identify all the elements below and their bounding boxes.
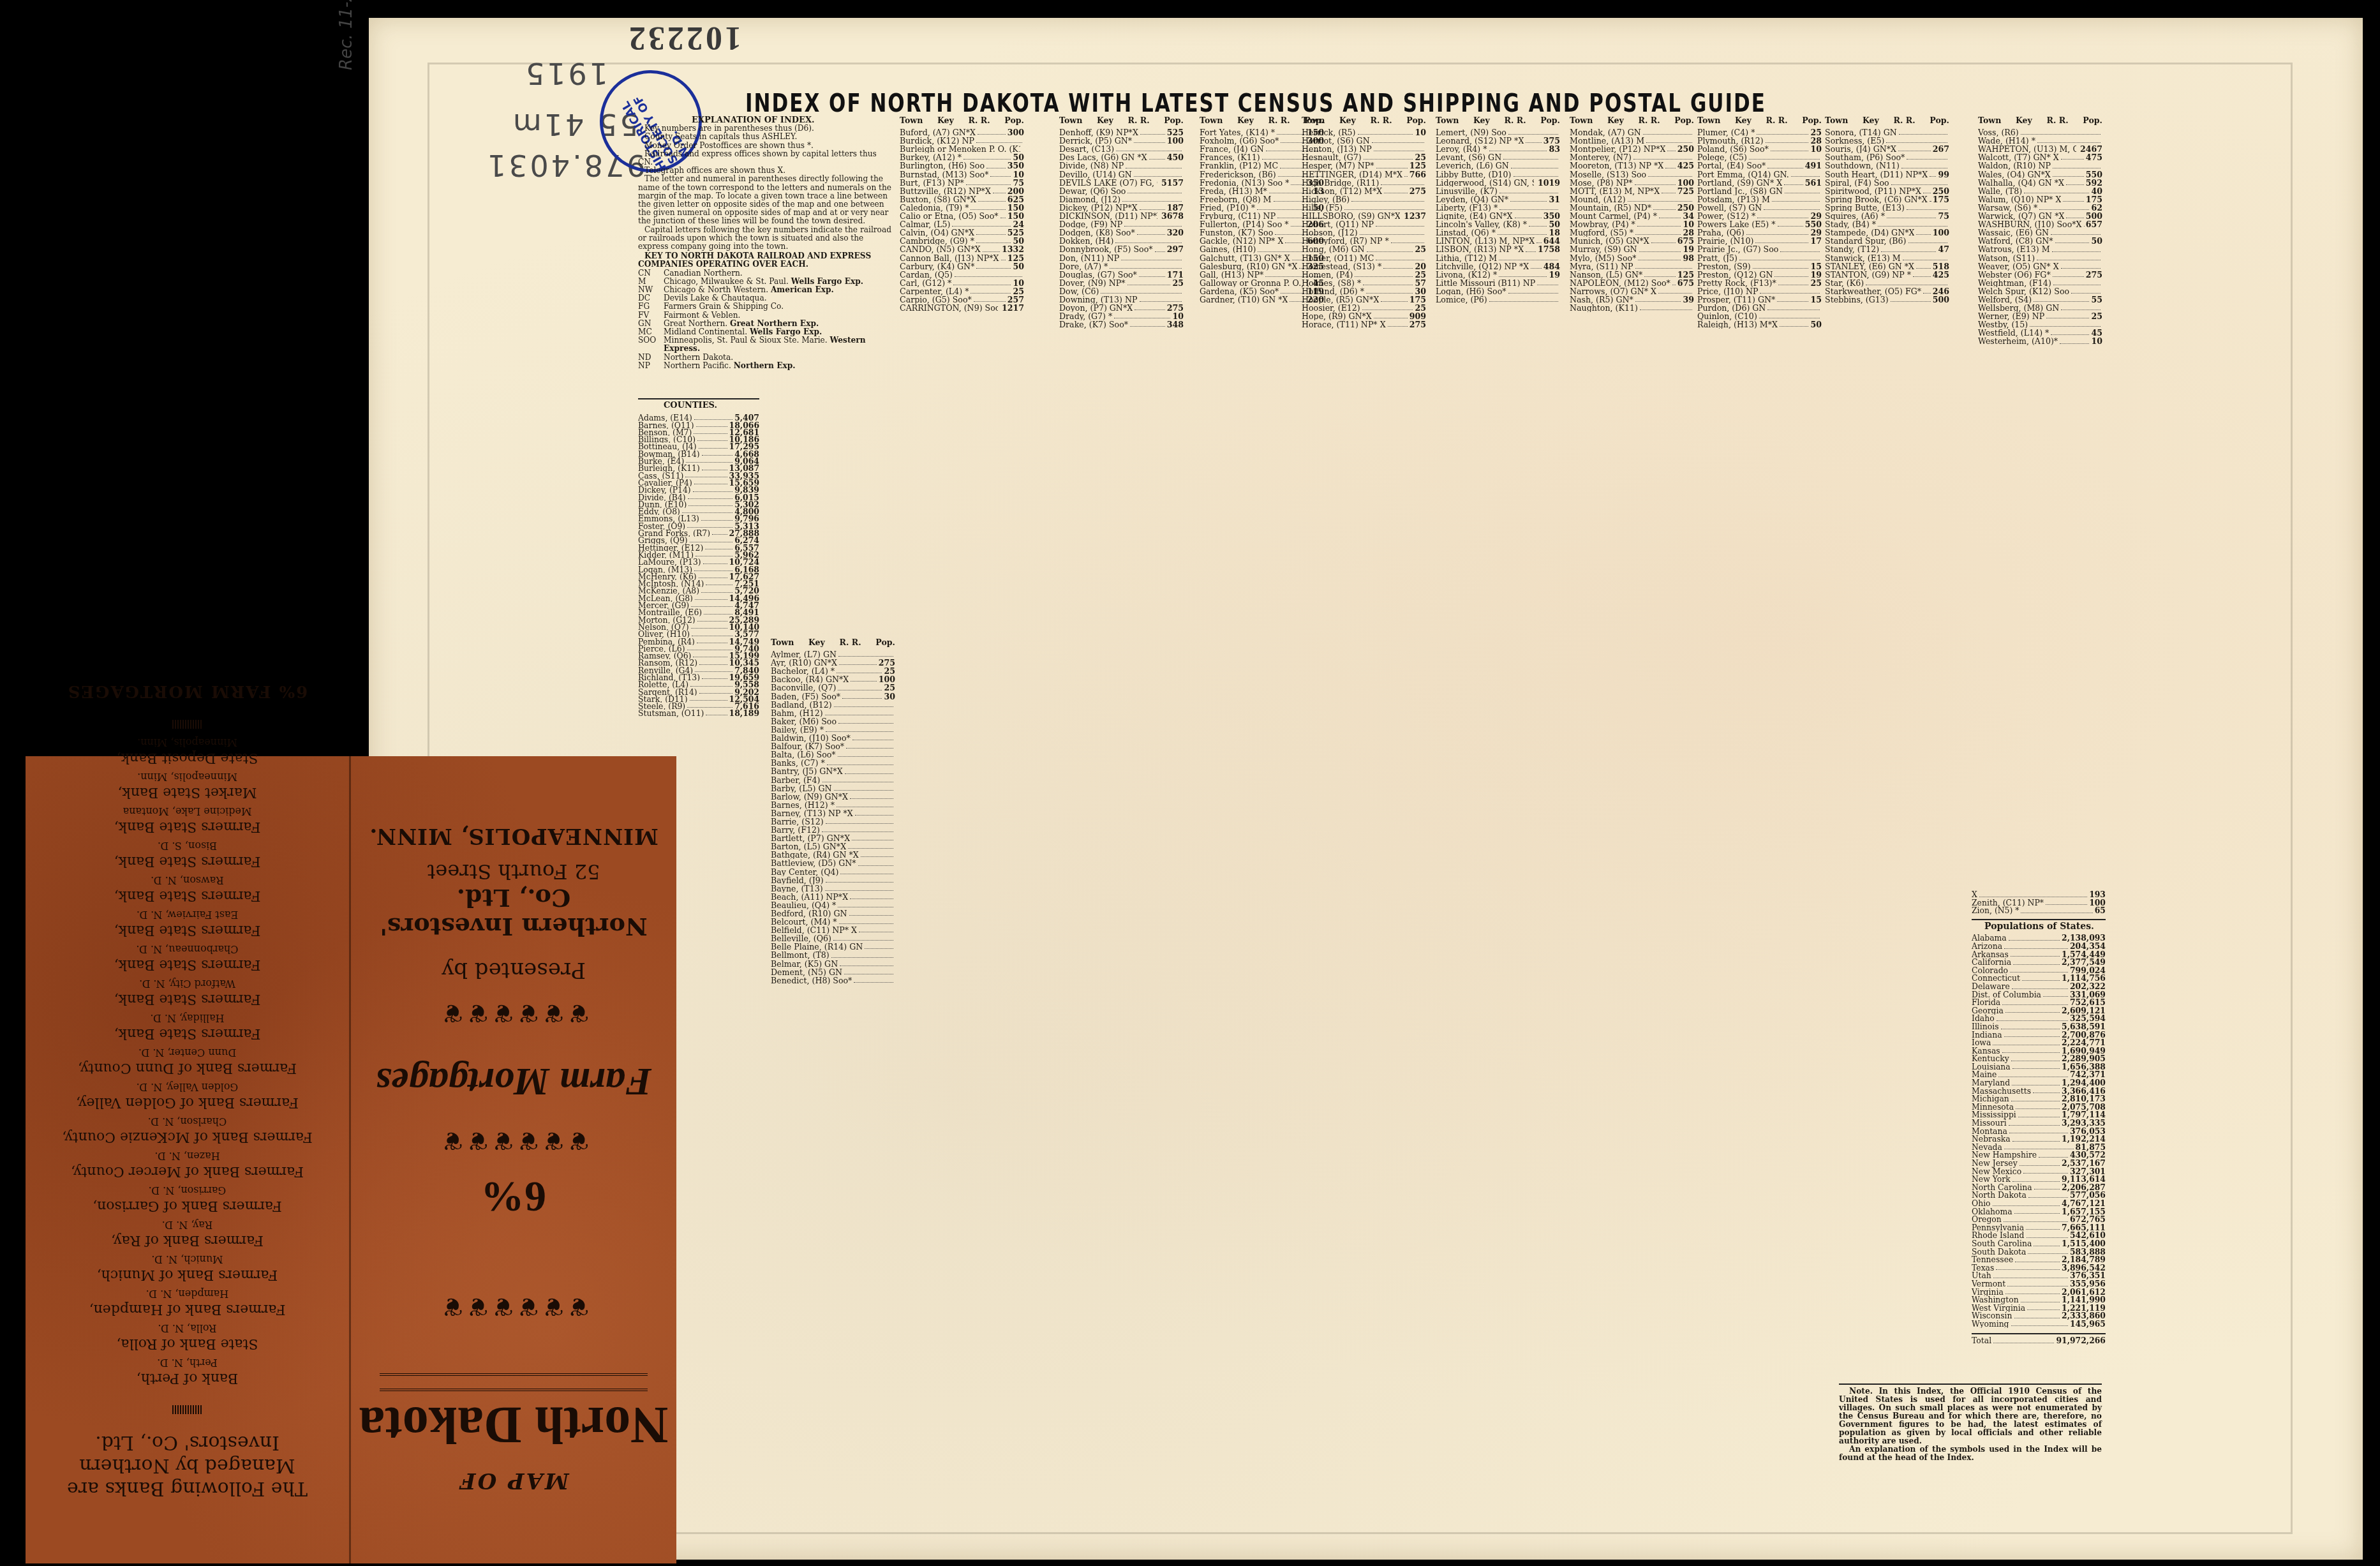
entry-name: Iowa — [1972, 1039, 1991, 1047]
entry-name: Baden, (F5) Soo* — [771, 692, 840, 701]
index-column-header: TownKeyR. R.Pop. — [1302, 116, 1426, 124]
leader-dots — [2009, 934, 2060, 941]
bank-name: Farmers State Bank, — [51, 1025, 324, 1041]
bank-location: Hazen, N. D. — [51, 1149, 324, 1163]
handwritten-year: 1915 — [523, 56, 608, 91]
entry-name: Myra, (S11) NP — [1570, 262, 1633, 271]
entry-name: WAHPETON, (U13) M, GN, NP*X — [1978, 145, 2076, 153]
leader-dots — [2009, 1128, 2068, 1134]
entry-population: 725 — [1677, 187, 1694, 195]
town-row: Belleville, (Q6) — [771, 934, 895, 943]
town-row: Carl, (G12) *10 — [900, 279, 1024, 287]
leader-dots — [1140, 295, 1182, 302]
entry-name: Henton, (J13) NP — [1302, 145, 1372, 153]
entry-name: Squires, (A6) * — [1825, 212, 1885, 220]
leader-dots — [2026, 1224, 2060, 1230]
bank-name: Farmers Bank of Dunn County, — [51, 1059, 324, 1076]
entry-name: Zion, (N5) * — [1972, 907, 2019, 915]
leader-dots — [1930, 170, 1936, 177]
banks-footer: 6% FARM MORTGAGES — [51, 682, 324, 701]
leader-dots — [1499, 254, 1558, 260]
leader-dots — [1376, 220, 1424, 227]
town-row: Welford, (S4)55 — [1978, 295, 2102, 304]
entry-population: 297 — [1167, 245, 1184, 253]
town-row: DICKINSON, (D11) NP*X3678 — [1059, 212, 1184, 220]
leader-dots — [2034, 1184, 2060, 1190]
leader-dots — [1149, 153, 1165, 160]
entry-name: McHenry, (K6) — [638, 573, 697, 580]
town-row: Lomice, (P6) — [1436, 295, 1560, 304]
entry-name: Power, (S12) * — [1697, 212, 1755, 220]
town-row: Munich, (O5) GN*X675 — [1570, 237, 1694, 245]
entry-population: 25 — [2091, 312, 2102, 320]
booklet-farm-mortgages: Farm Mortgages — [351, 1059, 676, 1104]
entry-name: Sonora, (T14) GN — [1825, 128, 1897, 137]
leader-dots — [2004, 1216, 2068, 1222]
entry-name: Diamond, (J12) — [1059, 195, 1120, 204]
header-pop: Pop. — [1164, 116, 1184, 124]
railroad-name: Minneapolis, St. Paul & Sioux Ste. Marie… — [664, 336, 893, 353]
leader-dots — [993, 187, 1006, 193]
entry-population: 50 — [1013, 262, 1024, 271]
entry-name: Carpenter, (L4) * — [900, 287, 969, 295]
town-row: Baker, (M6) Soo — [771, 717, 895, 726]
leader-dots — [1126, 161, 1182, 168]
entry-name: Burke, (E4) — [638, 458, 684, 465]
leader-dots — [1358, 128, 1413, 135]
bank-location: Watford City, N. D. — [51, 976, 324, 990]
entry-population: 40 — [2091, 187, 2102, 195]
entry-name: Spiral, (F4) Soo — [1825, 179, 1889, 187]
entry-name: Spring Butte, (E13) — [1825, 204, 1905, 212]
leader-dots — [1998, 1071, 2068, 1077]
leader-dots — [1116, 145, 1182, 151]
town-row: Watford, (C8) GN*50 — [1978, 237, 2102, 245]
leader-dots — [851, 675, 876, 682]
entry-name: Illinois — [1972, 1023, 1999, 1031]
leader-dots — [1508, 287, 1558, 294]
bank-location: Rawson, N. D. — [51, 873, 324, 887]
town-row: Plymouth, (R12)28 — [1697, 137, 1822, 145]
leader-dots — [695, 595, 727, 600]
entry-name: Hills, (F5) — [1302, 204, 1342, 212]
entry-name: Herriot, (S6) GN — [1302, 137, 1370, 145]
leader-dots — [1993, 1337, 2054, 1343]
leader-dots — [1899, 128, 1947, 135]
town-row: Murray, (S9) GN19 — [1570, 245, 1694, 253]
index-column: TownKeyR. R.Pop.Herrick, (R5)10Herriot, … — [1302, 116, 1426, 329]
leader-dots — [699, 573, 727, 578]
entry-population: 39 — [1683, 295, 1694, 304]
leader-dots — [2066, 179, 2084, 185]
entry-name: Wyoming — [1972, 1320, 2009, 1329]
entry-name: Frederickson, (B6) — [1200, 170, 1276, 179]
leader-dots — [976, 237, 1011, 243]
railroad-name-text: Northern Pacific. — [664, 361, 731, 370]
leader-dots — [837, 667, 882, 673]
town-row: Hesper, (M7) NP*125 — [1302, 161, 1426, 170]
entry-name: Powers Lake (E5) * — [1697, 220, 1776, 228]
leader-dots — [1404, 170, 1408, 177]
leader-dots — [2071, 287, 2101, 294]
town-row: Beach, (A11) NP*X — [771, 893, 895, 901]
town-row: Spiritwood, (P11) NP*X250 — [1825, 187, 1949, 195]
entry-name: Logan, (M13) — [638, 566, 692, 573]
leader-dots — [2051, 329, 2089, 335]
entry-name: Divide, (N8) NP — [1059, 161, 1124, 170]
leader-dots — [704, 609, 733, 614]
entry-name: Stampede, (D4) GN*X — [1825, 228, 1914, 237]
leader-dots — [702, 465, 727, 470]
town-row: Standard Spur, (B6) — [1825, 237, 1949, 245]
bank-name: Farmers Bank of Munich, — [51, 1266, 324, 1283]
leader-dots — [1866, 279, 1947, 285]
entry-name: South Heart, (D11) NP*X — [1825, 170, 1928, 179]
entry-name: Barry, (F12) — [771, 826, 820, 834]
entry-name: Devillo, (U14) GN — [1059, 170, 1132, 179]
entry-name: Oklahoma — [1972, 1208, 2012, 1216]
town-row: Mountain, (R5) ND*250 — [1570, 204, 1694, 212]
entry-name: McLean, (G8) — [638, 595, 693, 602]
entry-name: Bailey, (E9) * — [771, 726, 824, 734]
town-row: Calmar, (L5)24 — [900, 220, 1024, 228]
leader-dots — [1923, 287, 1931, 294]
leader-dots — [986, 161, 1006, 168]
leader-dots — [2012, 1135, 2060, 1142]
leader-dots — [703, 558, 727, 563]
town-row: Doyon, (P7) GN*X275 — [1059, 304, 1184, 312]
entry-name: Bayne, (T13) — [771, 884, 823, 893]
leader-dots — [1510, 195, 1547, 202]
town-row: Battleview, (D5) GN* — [771, 859, 895, 867]
leader-dots — [2012, 1175, 2060, 1182]
town-row: CANDO, (N5) GN*X1332 — [900, 245, 1024, 253]
entry-population: 30 — [1415, 287, 1426, 295]
town-row: Bathgate, (R4) GN *X — [771, 851, 895, 859]
explanation-line: County Seats in capitals thus ASHLEY. — [638, 133, 893, 141]
leader-dots — [2012, 1079, 2060, 1085]
town-row: Mowbray, (P4) *10 — [1570, 220, 1694, 228]
populations-of-states: X193Zenith, (C11) NP*100Zion, (N5) *65 P… — [1972, 891, 2106, 1345]
town-row: Bachelor, (L4) *25 — [771, 667, 895, 675]
entry-population: 267 — [1933, 145, 1949, 153]
leader-dots — [1993, 1272, 2068, 1278]
town-row: Walum, (Q10) NP* X175 — [1978, 195, 2102, 204]
bank-name: Farmers Bank of Hampden, — [51, 1301, 324, 1317]
entry-name: Walhalla, (Q4) GN *X — [1978, 179, 2064, 187]
entry-name: Divide, (B4) — [638, 494, 686, 501]
leader-dots — [1898, 145, 1931, 151]
entry-name: Benedict, (H8) Soo* — [771, 976, 852, 985]
entry-name: Grand Forks, (R7) — [638, 530, 710, 537]
town-row: Quinlon, (C10) — [1697, 312, 1822, 320]
entry-population: 275 — [2086, 271, 2102, 279]
entry-name: Dewar, (Q6) Soo — [1059, 187, 1126, 195]
leader-dots — [1759, 312, 1820, 318]
entry-name: Plumer, (C4) * — [1697, 128, 1755, 137]
header-rr: R. R. — [1505, 116, 1526, 124]
town-row: Denhoff, (K9) NP*X525 — [1059, 128, 1184, 137]
entry-name: Michigan — [1972, 1095, 2009, 1103]
town-row: Zenith, (C11) NP*100 — [1972, 899, 2106, 907]
entry-name: Beaulieu, (Q4) * — [771, 901, 836, 909]
town-row: Narrows, (O7) GN* X — [1570, 287, 1694, 295]
town-row: Herriot, (S6) GN — [1302, 137, 1426, 145]
town-row: Liberty, (F13) * — [1436, 204, 1560, 212]
entry-population: 98 — [1683, 254, 1694, 262]
entry-name: Rolette, (L4) — [638, 681, 688, 688]
town-row: Carpenter, (L4) *25 — [900, 287, 1024, 295]
header-key: Key — [1237, 116, 1254, 124]
header-key: Key — [1339, 116, 1356, 124]
leader-dots — [693, 652, 727, 657]
town-row: Welch Spur, (K12) Soo — [1978, 287, 2102, 295]
leader-dots — [2005, 1288, 2060, 1295]
leader-dots — [1526, 137, 1541, 143]
leader-dots — [2012, 1063, 2060, 1070]
entry-name: Alabama — [1972, 934, 2007, 943]
entry-name: Hoffund, (D6) * — [1302, 287, 1364, 295]
town-row: Don, (N11) NP — [1059, 254, 1184, 262]
booklet-cover: MAP OF North Dakota ❦❦❦❦❦❦ 6% ❦❦❦❦❦❦ Far… — [26, 756, 676, 1563]
leader-dots — [1993, 1039, 2060, 1045]
bank-entry: Farmers State Bank,Medicine Lake, Montan… — [51, 804, 324, 835]
town-row: Wassaic, (E6) GN — [1978, 228, 2102, 237]
header-pop: Pop. — [2083, 116, 2102, 124]
town-row: Hesnault, (G7)25 — [1302, 153, 1426, 161]
town-row: Divide, (N8) NP — [1059, 161, 1184, 170]
town-row: Homer, (O11) MC — [1302, 254, 1426, 262]
entry-name: Billings, (C10) — [638, 436, 695, 443]
entry-name: Poland, (S6) Soo* — [1697, 145, 1769, 153]
town-row: Leroy, (R4) *83 — [1436, 145, 1560, 153]
leader-dots — [963, 153, 1011, 160]
bank-name: Farmers State Bank, — [51, 887, 324, 904]
counties-list: COUNTIES. Adams, (E14)5,407Barnes, (Q11)… — [638, 394, 759, 717]
railroad-code: FG — [638, 302, 664, 311]
entry-name: Dickey, (P14) — [638, 486, 691, 493]
entry-name: Prosper, (T11) GN* — [1697, 295, 1775, 304]
railroad-key-row: NPNorthern Pacific. Northern Exp. — [638, 362, 893, 370]
entry-name: Purdon, (D6) GN — [1697, 304, 1766, 312]
entry-population: 100 — [1167, 137, 1184, 145]
entry-name: Burleigh or Menoken P. O. (K11) NP* X — [900, 145, 1020, 153]
bank-entry: Farmers Bank of Munich,Munich, N. D. — [51, 1252, 324, 1283]
entry-name: Welch Spur, (K12) Soo — [1978, 287, 2069, 295]
entry-name: Herrick, (R5) — [1302, 128, 1356, 137]
entry-name: Louisiana — [1972, 1063, 2011, 1071]
town-row: Walle, (T8)40 — [1978, 187, 2102, 195]
town-row: Mount Carmel, (P4) *34 — [1570, 212, 1694, 220]
entry-name: Wassaic, (E6) GN — [1978, 228, 2049, 237]
entry-name: Hesnault, (G7) — [1302, 153, 1362, 161]
town-row: Burdick, (K12) NP — [900, 137, 1024, 145]
leader-dots — [2011, 1095, 2060, 1101]
entry-name: Fullerton, (P14) Soo * — [1200, 220, 1289, 228]
town-row: Barney, (T13) NP *X — [771, 809, 895, 817]
entry-name: Doyon, (P7) GN*X — [1059, 304, 1133, 312]
town-row: Spring Brook, (C6) GN*X175 — [1825, 195, 1949, 204]
leader-dots — [2039, 204, 2089, 210]
entry-population: 125 — [1008, 254, 1024, 262]
leader-dots — [699, 659, 727, 664]
town-row: Myra, (S11) NP — [1570, 262, 1694, 271]
railroad-name-text: Great Northern. — [664, 319, 727, 328]
entry-name: Hesper, (M7) NP* — [1302, 161, 1374, 170]
leader-dots — [2030, 320, 2101, 327]
leader-dots — [1648, 170, 1692, 177]
town-row: Star, (K6) — [1825, 279, 1949, 287]
entry-name: Sargent, (R14) — [638, 689, 697, 696]
bank-entry: Bank of Perth,Perth, N. D. — [51, 1355, 324, 1386]
railroad-name: Northern Pacific. Northern Exp. — [664, 362, 893, 370]
town-row: Caledonia, (T9) *150 — [900, 204, 1024, 212]
entry-name: Maryland — [1972, 1079, 2010, 1087]
bank-entry: Farmers State Bank,East Fairview, N. D. — [51, 907, 324, 938]
entry-name: LaMoure, (P13) — [638, 558, 701, 565]
entry-name: Holmes, (S8) * — [1302, 279, 1361, 287]
town-row: Belle Plaine, (R14) GN — [771, 943, 895, 951]
entry-name: Calio or Etna, (O5) Soo* — [900, 212, 999, 220]
town-row: Dement, (N5) GN — [771, 968, 895, 976]
town-row: Buford, (A7) GN*X300 — [900, 128, 1024, 137]
town-row: Mose, (P8) NP*100 — [1570, 179, 1694, 187]
town-row: Burkey, (A12) *50 — [900, 153, 1024, 161]
index-column-header: TownKeyR. R.Pop. — [1059, 116, 1184, 124]
entry-name: Ayr, (R10) GN*X — [771, 659, 837, 667]
entry-population: 1019 — [1538, 179, 1560, 187]
index-column: TownKeyR. R.Pop.Lemert, (N9) SooLeonard,… — [1436, 116, 1560, 304]
entry-population: 10 — [2091, 337, 2102, 345]
leader-dots — [2011, 951, 2060, 957]
entry-name: Carbury, (K4) GN* — [900, 262, 974, 271]
entry-population: 25 — [1810, 279, 1822, 287]
entry-name: Bayfield, (J9) — [771, 876, 824, 884]
entry-name: Missouri — [1972, 1119, 2007, 1128]
town-row: Polege, (C5) — [1697, 153, 1822, 161]
town-row: Wellsberg, (M8) GN — [1978, 304, 2102, 312]
leader-dots — [1891, 295, 1931, 302]
entry-name: Liberty, (F13) * — [1436, 204, 1498, 212]
leader-dots — [1774, 271, 1808, 277]
entry-population: 19 — [1549, 271, 1560, 279]
entry-name: New Mexico — [1972, 1168, 2021, 1176]
entry-name: Beach, (A11) NP*X — [771, 893, 848, 901]
railroad-name-text: Northern Dakota. — [664, 353, 733, 362]
leader-dots — [1121, 254, 1182, 260]
town-row: Balta, (L6) Soo* — [771, 750, 895, 759]
leader-dots — [952, 220, 1011, 227]
town-row: Donnybrook, (F5) Soo*297 — [1059, 245, 1184, 253]
entry-name: Mose, (P8) NP* — [1570, 179, 1633, 187]
entry-population: 75 — [1938, 212, 1949, 220]
town-row: Preston, (S9)15 — [1697, 262, 1822, 271]
divider — [1839, 1383, 2102, 1385]
entry-name: Dore, (A7) * — [1059, 262, 1108, 271]
bank-name: Farmers State Bank, — [51, 956, 324, 973]
entry-name: Mugford, (S5) * — [1570, 228, 1633, 237]
leader-dots — [1381, 295, 1407, 302]
leader-dots — [1672, 279, 1676, 285]
header-rr: R. R. — [1268, 116, 1290, 124]
entry-name: Backoo, (R4) GN*X — [771, 675, 849, 683]
booklet-city: MINNEAPOLIS, MINN. — [351, 823, 676, 849]
town-row: Desart, (C13) — [1059, 145, 1184, 153]
leader-dots — [854, 976, 893, 983]
entry-name: Horace, (T11) NP* X — [1302, 320, 1386, 329]
entry-name: Barnes, (Q11) — [638, 422, 694, 429]
entry-population: 19 — [1810, 271, 1822, 279]
bank-entry: Farmers State Bank,Rawson, N. D. — [51, 873, 324, 904]
leader-dots — [838, 683, 882, 690]
entry-name: Fried, (P10) * — [1200, 204, 1255, 212]
town-row: Voss, (R6) — [1978, 128, 2102, 137]
entry-name: Galchutt, (T13) GN* X — [1200, 254, 1290, 262]
entry-name: Baker, (M6) Soo — [771, 717, 837, 726]
town-row: Herrick, (R5)10 — [1302, 128, 1426, 137]
leader-dots — [1901, 161, 1947, 168]
entry-population: 275 — [1409, 320, 1426, 329]
leader-dots — [1374, 312, 1408, 318]
leader-dots — [825, 709, 893, 715]
town-row: HILLSBORO, (S9) GN*X1237 — [1302, 212, 1426, 220]
town-row: Hoople, (R5) GN*X175 — [1302, 295, 1426, 304]
entry-name: Bay Center, (Q4) — [771, 868, 838, 876]
entry-population: 31 — [1549, 195, 1560, 204]
leader-dots — [1766, 137, 1809, 143]
bank-name: Farmers Bank of Golden Valley, — [51, 1094, 324, 1110]
header-rr: R. R. — [1128, 116, 1150, 124]
total-label: Total — [1972, 1337, 1991, 1345]
entry-name: Warwick, (Q7) GN *X — [1978, 212, 2064, 220]
town-row: Walhalla, (Q4) GN *X592 — [1978, 179, 2102, 187]
town-row: Zion, (N5) *65 — [1972, 907, 2106, 915]
entry-name: Naughton, (K11) — [1570, 304, 1638, 312]
town-row: X193 — [1972, 891, 2106, 899]
entry-name: Port Emma, (Q14) GN. — [1697, 170, 1789, 179]
index-column: TownKeyR. R.Pop.Plumer, (C4) *25Plymouth… — [1697, 116, 1822, 329]
header-town: Town — [1436, 116, 1459, 124]
leader-dots — [2021, 128, 2101, 135]
leader-dots — [1499, 271, 1547, 277]
town-row: Downing, (T13) NP — [1059, 295, 1184, 304]
leader-dots — [1771, 145, 1809, 151]
bank-entry: Farmers State Bank,Charbonneau, N. D. — [51, 942, 324, 973]
entry-population: 100 — [1677, 179, 1694, 187]
leader-dots — [2010, 967, 2068, 973]
entry-name: LISBON, (R13) NP *X — [1436, 245, 1524, 253]
entry-name: Frances, (K11) — [1200, 153, 1260, 161]
town-row: Westfield, (L14) *45 — [1978, 329, 2102, 337]
entry-name: Levant, (S6) GN — [1436, 153, 1501, 161]
entry-population: 15 — [1810, 295, 1822, 304]
leader-dots — [838, 901, 893, 907]
town-row: Leonard, (S12) NP *X375 — [1436, 137, 1560, 145]
leader-dots — [697, 436, 727, 441]
entry-name: Baconville, (Q7) — [771, 683, 836, 692]
bank-entry: Farmers Bank of Hampden,Hampden, N. D. — [51, 1286, 324, 1317]
entry-name: Potsdam, (P13) M — [1697, 195, 1770, 204]
entry-name: Franklin, (P12) MC — [1200, 161, 1278, 170]
leader-dots — [2014, 1208, 2060, 1214]
town-row: Belmar, (K5) GN — [771, 960, 895, 968]
leader-dots — [838, 717, 893, 724]
entry-name: DICKINSON, (D11) NP*X — [1059, 212, 1157, 220]
leader-dots — [1134, 137, 1165, 143]
town-row: Souris, (J4) GN*X267 — [1825, 145, 1949, 153]
leader-dots — [686, 458, 733, 463]
leader-dots — [685, 472, 727, 477]
